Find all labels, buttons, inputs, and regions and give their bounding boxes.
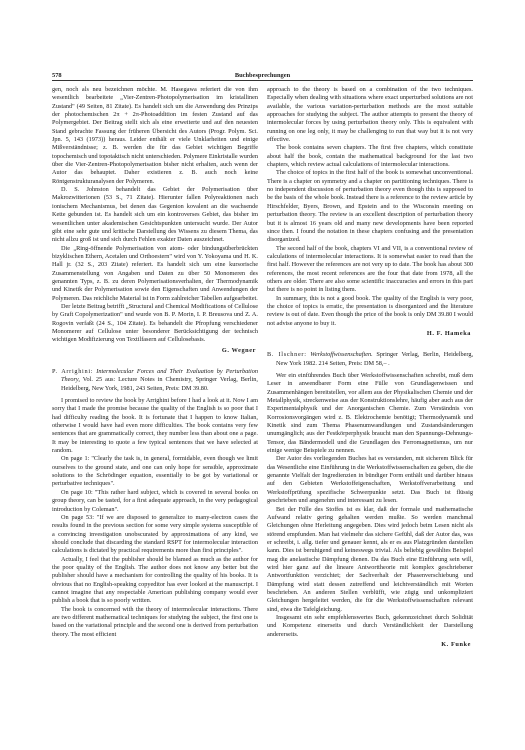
paragraph: Der letzte Beitrag betrifft „Structural …	[52, 303, 258, 345]
citation-title: Werkstoffwissenschaften.	[310, 351, 372, 358]
book-citation: B. Ilschner: Werkstoffwissenschaften. Sp…	[267, 351, 473, 368]
book-citation: P. Arrighini: Intermolecular Forces and …	[52, 368, 258, 393]
paragraph: Wer ein einführendes Buch über Werkstoff…	[267, 372, 473, 455]
header-rule	[52, 80, 473, 81]
citation-author: P. Arrighini:	[52, 368, 93, 375]
paragraph: Der Autor des vorliegenden Buches hat es…	[267, 455, 473, 505]
section-title: Buchbesprechungen	[52, 72, 473, 79]
two-column-body: gen, noch als neu bezeichnen möchte. M. …	[52, 86, 473, 649]
left-column: gen, noch als neu bezeichnen möchte. M. …	[52, 86, 258, 649]
reviewer-signature: G. Wegner	[52, 347, 256, 355]
paragraph: On page 10: "This rather hard subject, w…	[52, 489, 258, 514]
right-column: approach to the theory is based on a com…	[267, 86, 473, 649]
paragraph: Insgesamt ein sehr empfehlenswertes Buch…	[267, 614, 473, 639]
paragraph: approach to the theory is based on a com…	[267, 86, 473, 144]
paragraph: The book is concerned with the theory of…	[52, 606, 258, 639]
paragraph: gen, noch als neu bezeichnen möchte. M. …	[52, 86, 258, 186]
journal-page: 578 Buchbesprechungen gen, noch als neu …	[52, 70, 473, 80]
paragraph: Bei der Fülle des Stoffes ist es klar, d…	[267, 506, 473, 614]
paragraph: Die „Ring-öffnende Polymerisation von at…	[52, 245, 258, 303]
paragraph: In summary, this is not a good book. The…	[267, 295, 473, 328]
reviewer-signature: H. F. Hameka	[267, 330, 471, 338]
paragraph: Actually, I feel that the publisher shou…	[52, 556, 258, 606]
paragraph: On page 1: "Clearly the task is, in gene…	[52, 455, 258, 488]
reviewer-signature: K. Funke	[267, 641, 471, 649]
paragraph: The book contains seven chapters. The fi…	[267, 144, 473, 169]
paragraph: I promised to review the book by Arrighi…	[52, 397, 258, 455]
spacer	[52, 355, 258, 368]
paragraph: On page 53: "If we are disposed to gener…	[52, 514, 258, 556]
running-head: 578 Buchbesprechungen	[52, 70, 473, 80]
spacer	[267, 338, 473, 351]
paragraph: The second half of the book, chapters VI…	[267, 245, 473, 295]
citation-author: B. Ilschner:	[267, 351, 307, 358]
citation-details: Vol. 25 aus: Lecture Notes in Chemistry,…	[61, 376, 258, 391]
paragraph: D. S. Johnston behandelt das Gebiet der …	[52, 186, 258, 244]
paragraph: The choice of topics in the first half o…	[267, 169, 473, 244]
